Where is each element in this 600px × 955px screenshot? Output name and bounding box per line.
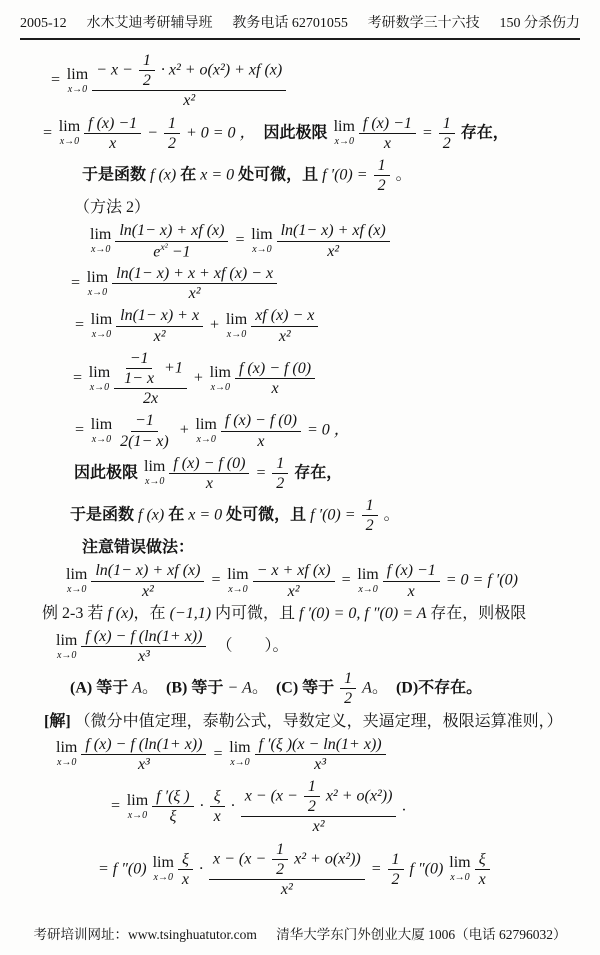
- fraction-denominator: 2: [439, 134, 455, 153]
- header-date: 2005-12: [20, 16, 67, 32]
- math-text: f (x) − f (ln(1+ x)): [85, 628, 202, 645]
- formula-line: = limx→0ln(1− x) + x + xf (x) − xx²: [70, 264, 590, 303]
- chinese-bold-text: [解]: [44, 713, 75, 730]
- limit-subscript: x→0: [154, 873, 173, 883]
- formula-line: 于是函数 f (x) 在 x = 0 处可微，且 f ′(0) = 12 。: [70, 496, 590, 535]
- limit-operator: limx→0: [229, 740, 250, 768]
- limit-operator: limx→0: [90, 227, 111, 255]
- limit-operator: limx→0: [89, 365, 110, 393]
- fraction-denominator: x²: [284, 582, 304, 601]
- fraction-numerator: 1: [439, 114, 455, 134]
- math-text: x²: [281, 881, 293, 898]
- fraction: xf (x) − xx²: [251, 306, 318, 345]
- fraction-numerator: 1: [388, 850, 404, 870]
- math-text: +: [175, 422, 194, 439]
- limit-word: lim: [227, 567, 248, 583]
- limit-operator: limx→0: [196, 417, 217, 445]
- math-text: .: [398, 797, 406, 814]
- math-text: f (x) − f (ln(1+ x)): [85, 736, 202, 753]
- limit-subscript: x→0: [358, 585, 377, 595]
- chinese-bold-text: 在: [180, 166, 200, 183]
- limit-operator: limx→0: [334, 119, 355, 147]
- fraction-denominator: 2: [388, 870, 404, 889]
- fraction-numerator: 1: [164, 114, 180, 134]
- fraction-denominator: 2: [362, 516, 378, 535]
- fraction-denominator: 2: [374, 176, 390, 195]
- math-text: =: [367, 860, 386, 877]
- math-text: x³: [314, 756, 326, 773]
- footer-address: 清华大学东门外创业大厦 1006（电话 62796032）: [268, 927, 574, 942]
- limit-operator: limx→0: [59, 119, 80, 147]
- math-content: = limx→0− x − 12 · x² + o(x²) + xf (x)x²…: [0, 40, 600, 899]
- limit-subscript: x→0: [88, 288, 107, 298]
- limit-word: lim: [153, 855, 174, 871]
- limit-word: lim: [251, 227, 272, 243]
- math-text: x²: [327, 243, 339, 260]
- page-footer: 考研培训网址：www.tsinghuatutor.com 清华大学东门外创业大厦…: [0, 923, 600, 943]
- math-text: 2: [344, 690, 352, 707]
- limit-operator: limx→0: [449, 855, 470, 883]
- math-text: x²: [313, 818, 325, 835]
- fraction: −11− x: [120, 349, 158, 388]
- fraction-numerator: f (x) −1: [383, 561, 440, 581]
- math-text: x: [271, 380, 278, 397]
- math-text: x²: [142, 583, 154, 600]
- math-text: f ′(ξ )(x − ln(1+ x)): [259, 736, 382, 753]
- fraction-denominator: x: [253, 432, 268, 451]
- math-text: ξ: [169, 808, 176, 825]
- fraction-numerator: f (x) − f (0): [169, 454, 249, 474]
- limit-subscript: x→0: [92, 435, 111, 445]
- formula-line: = limx→0f (x) −1x − 12 + 0 = 0 ， 因此极限 li…: [42, 114, 590, 153]
- fraction: 12: [139, 51, 155, 90]
- fraction: − x − 12 · x² + o(x²) + xf (x)x²: [92, 51, 286, 111]
- fraction: f (x) −1x: [84, 114, 141, 153]
- fraction-numerator: ln(1− x) + x + xf (x) − x: [112, 264, 277, 284]
- fraction-denominator: ex² −1: [149, 242, 194, 262]
- limit-operator: limx→0: [251, 227, 272, 255]
- limit-word: lim: [56, 740, 77, 756]
- fraction: 12: [374, 156, 390, 195]
- limit-operator: limx→0: [144, 459, 165, 487]
- fraction-denominator: 2: [164, 134, 180, 153]
- fraction: f (x) − f (0)x: [235, 359, 315, 398]
- math-text: x: [214, 808, 221, 825]
- math-text: 1: [344, 670, 352, 687]
- chinese-bold-text: 存在，: [457, 124, 509, 141]
- math-text: x: [257, 433, 264, 450]
- math-text: ln(1− x) + xf (x): [119, 222, 224, 239]
- math-text: 1: [378, 157, 386, 174]
- chinese-bold-text: 于是函数: [70, 506, 138, 523]
- chinese-bold-text: (D)不存在。: [396, 680, 482, 697]
- math-text: · x² + o(x²) + xf (x): [157, 61, 282, 78]
- fraction: 12: [388, 850, 404, 889]
- fraction: ln(1− x) + x + xf (x) − xx²: [112, 264, 277, 303]
- limit-subscript: x→0: [57, 651, 76, 661]
- fraction-denominator: ξ: [165, 807, 180, 826]
- limit-operator: limx→0: [66, 567, 87, 595]
- limit-operator: limx→0: [91, 312, 112, 340]
- fraction: f ′(ξ )(x − ln(1+ x))x³: [255, 735, 386, 774]
- math-text: −: [143, 124, 162, 141]
- math-text: f (x) −1: [387, 562, 436, 579]
- math-text: f ′(0) =: [310, 506, 359, 523]
- formula-line: = f ″(0) limx→0ξx · x − (x − 12 x² + o(x…: [98, 840, 590, 900]
- chinese-bold-text: (B) 等于: [166, 680, 227, 697]
- limit-word: lim: [67, 67, 88, 83]
- formula-line: = limx→0−12(1− x) + limx→0f (x) − f (0)x…: [74, 411, 590, 450]
- math-text: x²: [154, 328, 166, 345]
- limit-operator: limx→0: [210, 365, 231, 393]
- limit-subscript: x→0: [90, 383, 109, 393]
- math-text: f ′(0) =: [322, 166, 371, 183]
- fraction-denominator: x³: [134, 647, 154, 666]
- chinese-bold-text: 因此极限: [248, 124, 332, 141]
- math-text: 2: [443, 135, 451, 152]
- header-slogan: 150 分杀伤力: [499, 12, 580, 32]
- math-text: 2: [276, 475, 284, 492]
- math-text: 2(1− x): [120, 433, 169, 450]
- math-text: x²: [279, 328, 291, 345]
- limit-subscript: x→0: [67, 585, 86, 595]
- footer-site: 考研培训网址：www.tsinghuatutor.com: [26, 927, 265, 942]
- math-text: = 0 ，: [303, 422, 350, 439]
- fraction: 12: [340, 669, 356, 708]
- fraction: ξx: [210, 787, 225, 826]
- formula-line: limx→0ln(1− x) + xf (x)ex² −1 = limx→0ln…: [88, 221, 590, 261]
- math-text: 2: [366, 517, 374, 534]
- math-text: f ′(ξ ): [156, 788, 189, 805]
- page-header: 2005-12 水木艾迪考研辅导班 教务电话 62701055 考研数学三十六技…: [0, 0, 600, 38]
- math-text: x: [182, 871, 189, 888]
- math-text: x = 0: [188, 506, 226, 523]
- fraction-denominator: x²: [309, 817, 329, 836]
- fraction-numerator: 1: [304, 777, 320, 797]
- limit-word: lim: [56, 633, 77, 649]
- math-text: 1: [276, 455, 284, 472]
- math-text: −1: [130, 350, 149, 367]
- limit-word: lim: [127, 793, 148, 809]
- math-text: =: [337, 572, 356, 589]
- math-text: =: [70, 274, 85, 291]
- fraction-denominator: x²: [277, 880, 297, 899]
- formula-line: limx→0f (x) − f (ln(1+ x))x³ = limx→0f ′…: [54, 735, 590, 774]
- limit-operator: limx→0: [56, 633, 77, 661]
- limit-word: lim: [91, 312, 112, 328]
- superscript: x²: [160, 242, 167, 253]
- limit-operator: limx→0: [226, 312, 247, 340]
- limit-subscript: x→0: [68, 85, 87, 95]
- limit-word: lim: [89, 365, 110, 381]
- fraction: x − (x − 12 x² + o(x²))x²: [209, 840, 365, 900]
- fraction-denominator: x³: [134, 755, 154, 774]
- math-text: ξ: [182, 851, 189, 868]
- fraction: ξx: [475, 850, 490, 889]
- limit-subscript: x→0: [211, 383, 230, 393]
- math-text: 2: [392, 871, 400, 888]
- limit-subscript: x→0: [60, 137, 79, 147]
- limit-word: lim: [66, 567, 87, 583]
- math-text: 2: [308, 798, 316, 815]
- chinese-text: 存在，则极限: [430, 605, 526, 622]
- fraction: −11− x +12x: [114, 349, 187, 409]
- limit-word: lim: [196, 417, 217, 433]
- fraction-numerator: f (x) −1: [359, 114, 416, 134]
- math-text: f (x) −1: [363, 115, 412, 132]
- fraction-denominator: 2: [340, 689, 356, 708]
- fraction: 12: [362, 496, 378, 535]
- fraction-numerator: x − (x − 12 x² + o(x²)): [209, 840, 365, 880]
- math-text: 2: [143, 72, 151, 89]
- formula-line: = limx→0ln(1− x) + xx² + limx→0xf (x) − …: [74, 306, 590, 345]
- fraction-numerator: ln(1− x) + xf (x): [115, 221, 228, 241]
- fraction-denominator: x²: [323, 242, 343, 261]
- math-text: x − (x −: [245, 787, 302, 804]
- math-text: 2: [168, 135, 176, 152]
- limit-subscript: x→0: [91, 245, 110, 255]
- math-text: 1− x: [124, 370, 154, 387]
- math-text: = 0 = f ′(0): [442, 572, 518, 589]
- math-text: f (x) −1: [88, 115, 137, 132]
- math-text: 1: [392, 851, 400, 868]
- fraction: f (x) −1x: [383, 561, 440, 600]
- math-text: =: [418, 124, 437, 141]
- chinese-text: （ ）。: [208, 637, 288, 654]
- math-text: −1: [168, 243, 191, 260]
- fraction-denominator: x: [267, 379, 282, 398]
- limit-operator: limx→0: [357, 567, 378, 595]
- fraction-denominator: x²: [179, 91, 199, 110]
- fraction-denominator: x: [210, 807, 225, 826]
- fraction-denominator: x³: [310, 755, 330, 774]
- fraction-numerator: 1: [340, 669, 356, 689]
- fraction-denominator: 2(1− x): [116, 432, 173, 451]
- fraction-denominator: x: [105, 134, 120, 153]
- math-text: =: [74, 422, 89, 439]
- fraction: −12(1− x): [116, 411, 173, 450]
- fraction: ln(1− x) + xf (x)ex² −1: [115, 221, 228, 261]
- fraction: ln(1− x) + xx²: [116, 306, 203, 345]
- fraction-numerator: ln(1− x) + xf (x): [277, 221, 390, 241]
- math-text: − A: [227, 680, 252, 697]
- math-text: x²: [189, 285, 201, 302]
- formula-line: 于是函数 f (x) 在 x = 0 处可微，且 f ′(0) = 12 。: [82, 156, 590, 195]
- math-text: xf (x) − x: [255, 307, 314, 324]
- math-text: =: [230, 232, 249, 249]
- chinese-text: （微分中值定理，泰勒公式，导数定义，夹逼定理，极限运算准则，）: [75, 713, 563, 730]
- fraction: ln(1− x) + xf (x)x²: [91, 561, 204, 600]
- fraction-numerator: −11− x +1: [114, 349, 187, 389]
- limit-operator: limx→0: [153, 855, 174, 883]
- fraction-denominator: x: [202, 474, 217, 493]
- fraction: 12: [304, 777, 320, 816]
- math-text: x² + o(x²)): [322, 787, 393, 804]
- math-text: 2: [276, 861, 284, 878]
- limit-word: lim: [90, 227, 111, 243]
- limit-word: lim: [91, 417, 112, 433]
- formula-line: = limx→0− x − 12 · x² + o(x²) + xf (x)x²: [50, 51, 590, 111]
- fraction-numerator: xf (x) − x: [251, 306, 318, 326]
- math-text: 1: [366, 497, 374, 514]
- math-text: A: [358, 680, 372, 697]
- limit-operator: limx→0: [87, 270, 108, 298]
- chinese-bold-text: 存在，: [290, 464, 342, 481]
- fraction-numerator: −1: [131, 411, 158, 431]
- math-text: 1: [168, 115, 176, 132]
- math-text: −1: [135, 412, 154, 429]
- formula-line: （方法 2）: [74, 198, 590, 218]
- limit-subscript: x→0: [228, 585, 247, 595]
- math-text: 1: [143, 52, 151, 69]
- math-text: x² + o(x²)): [290, 850, 361, 867]
- fraction-denominator: 2x: [139, 389, 162, 408]
- math-text: =: [42, 124, 57, 141]
- limit-subscript: x→0: [230, 758, 249, 768]
- math-text: f (x) − f (0): [225, 412, 297, 429]
- limit-operator: limx→0: [56, 740, 77, 768]
- limit-word: lim: [226, 312, 247, 328]
- math-text: − x + xf (x): [257, 562, 331, 579]
- formula-line: 注意错误做法：: [82, 538, 590, 558]
- math-text: =: [74, 317, 89, 334]
- math-text: x: [408, 583, 415, 600]
- fraction-numerator: f (x) − f (0): [235, 359, 315, 379]
- chinese-text: ，在: [134, 605, 170, 622]
- fraction-denominator: x²: [275, 327, 295, 346]
- math-text: (−1,1): [170, 605, 215, 622]
- math-text: +: [189, 369, 208, 386]
- document-page: 2005-12 水木艾迪考研辅导班 教务电话 62701055 考研数学三十六技…: [0, 0, 600, 955]
- math-text: x²: [288, 583, 300, 600]
- fraction-numerator: 1: [272, 840, 288, 860]
- math-text: 2: [378, 177, 386, 194]
- fraction: 12: [439, 114, 455, 153]
- chinese-bold-text: (C) 等于: [276, 680, 338, 697]
- limit-subscript: x→0: [252, 245, 271, 255]
- limit-subscript: x→0: [196, 435, 215, 445]
- math-text: x: [384, 135, 391, 152]
- fraction-denominator: x: [380, 134, 395, 153]
- fraction: f (x) −1x: [359, 114, 416, 153]
- fraction-numerator: f (x) − f (ln(1+ x)): [81, 627, 206, 647]
- math-text: 1: [443, 115, 451, 132]
- math-text: ln(1− x) + x + xf (x) − x: [116, 265, 273, 282]
- math-text: ·: [196, 797, 208, 814]
- math-text: − x −: [96, 61, 137, 78]
- math-text: 1: [308, 778, 316, 795]
- limit-subscript: x→0: [335, 137, 354, 147]
- fraction-numerator: − x + xf (x): [253, 561, 335, 581]
- math-text: = f ″(0): [98, 860, 151, 877]
- fraction-numerator: f ′(ξ )(x − ln(1+ x)): [255, 735, 386, 755]
- fraction: x − (x − 12 x² + o(x²))x²: [241, 777, 397, 837]
- limit-word: lim: [59, 119, 80, 135]
- math-text: ln(1− x) + xf (x): [281, 222, 386, 239]
- fraction-denominator: x: [404, 582, 419, 601]
- fraction: f (x) − f (0)x: [169, 454, 249, 493]
- math-text: x: [109, 135, 116, 152]
- math-text: f ″(0): [406, 860, 448, 877]
- fraction-numerator: x − (x − 12 x² + o(x²)): [241, 777, 397, 817]
- fraction-numerator: ln(1− x) + x: [116, 306, 203, 326]
- chinese-bold-text: 于是函数: [82, 166, 150, 183]
- fraction-denominator: x: [178, 870, 193, 889]
- fraction-numerator: f ′(ξ ): [152, 787, 193, 807]
- math-text: =: [206, 572, 225, 589]
- math-text: 2x: [143, 390, 158, 407]
- math-text: x³: [138, 648, 150, 665]
- fraction-denominator: 2: [272, 860, 288, 879]
- limit-word: lim: [449, 855, 470, 871]
- chinese-text: （方法 2）: [74, 199, 150, 216]
- formula-line: limx→0f (x) − f (ln(1+ x))x³ （ ）。: [54, 627, 590, 666]
- fraction-denominator: 2: [139, 71, 155, 90]
- limit-operator: limx→0: [127, 793, 148, 821]
- math-text: =: [50, 71, 65, 88]
- math-text: f (x) − f (0): [173, 455, 245, 472]
- math-text: f (x): [150, 166, 180, 183]
- chinese-text: 例 2-3 若: [42, 605, 107, 622]
- fraction-numerator: ξ: [178, 850, 193, 870]
- fraction-denominator: x²: [150, 327, 170, 346]
- fraction: 12: [272, 840, 288, 879]
- fraction: f (x) − f (ln(1+ x))x³: [81, 627, 206, 666]
- limit-word: lim: [229, 740, 250, 756]
- formula-line: (A) 等于 A。 (B) 等于 − A。 (C) 等于 12 A。 (D)不存…: [70, 669, 590, 708]
- fraction-numerator: f (x) − f (0): [221, 411, 301, 431]
- fraction: ξx: [178, 850, 193, 889]
- fraction-numerator: 1: [374, 156, 390, 176]
- fraction: f ′(ξ )ξ: [152, 787, 193, 826]
- fraction-numerator: 1: [362, 496, 378, 516]
- limit-subscript: x→0: [450, 873, 469, 883]
- fraction-denominator: 2: [272, 474, 288, 493]
- math-text: ·: [195, 860, 207, 877]
- math-text: ln(1− x) + xf (x): [95, 562, 200, 579]
- fraction-denominator: x²: [138, 582, 158, 601]
- limit-operator: limx→0: [227, 567, 248, 595]
- math-text: + 0 = 0 ，: [182, 124, 248, 141]
- math-text: +: [205, 317, 224, 334]
- math-text: x³: [138, 756, 150, 773]
- limit-operator: limx→0: [67, 67, 88, 95]
- math-text: x: [206, 475, 213, 492]
- chinese-text: 。: [252, 680, 276, 697]
- limit-subscript: x→0: [128, 811, 147, 821]
- limit-subscript: x→0: [92, 330, 111, 340]
- fraction-numerator: − x − 12 · x² + o(x²) + xf (x): [92, 51, 286, 91]
- fraction: f (x) − f (ln(1+ x))x³: [81, 735, 206, 774]
- math-text: ξ: [214, 788, 221, 805]
- chinese-bold-text: 因此极限: [74, 464, 142, 481]
- math-text: =: [251, 464, 270, 481]
- header-phone: 教务电话 62701055: [232, 12, 348, 32]
- formula-line: = limx→0−11− x +12x + limx→0f (x) − f (0…: [72, 349, 590, 409]
- chinese-bold-text: 注意错误做法：: [82, 539, 194, 556]
- math-text: ·: [227, 797, 239, 814]
- header-series: 考研数学三十六技: [368, 12, 480, 32]
- fraction-denominator: x: [475, 870, 490, 889]
- fraction-denominator: 1− x: [120, 369, 158, 388]
- limit-subscript: x→0: [145, 477, 164, 487]
- fraction-numerator: f (x) − f (ln(1+ x)): [81, 735, 206, 755]
- chinese-bold-text: 处可微，且: [238, 166, 322, 183]
- fraction: 12: [272, 454, 288, 493]
- formula-line: limx→0ln(1− x) + xf (x)x² = limx→0− x + …: [64, 561, 590, 600]
- limit-word: lim: [87, 270, 108, 286]
- formula-line: 因此极限 limx→0f (x) − f (0)x = 12 存在，: [74, 454, 590, 493]
